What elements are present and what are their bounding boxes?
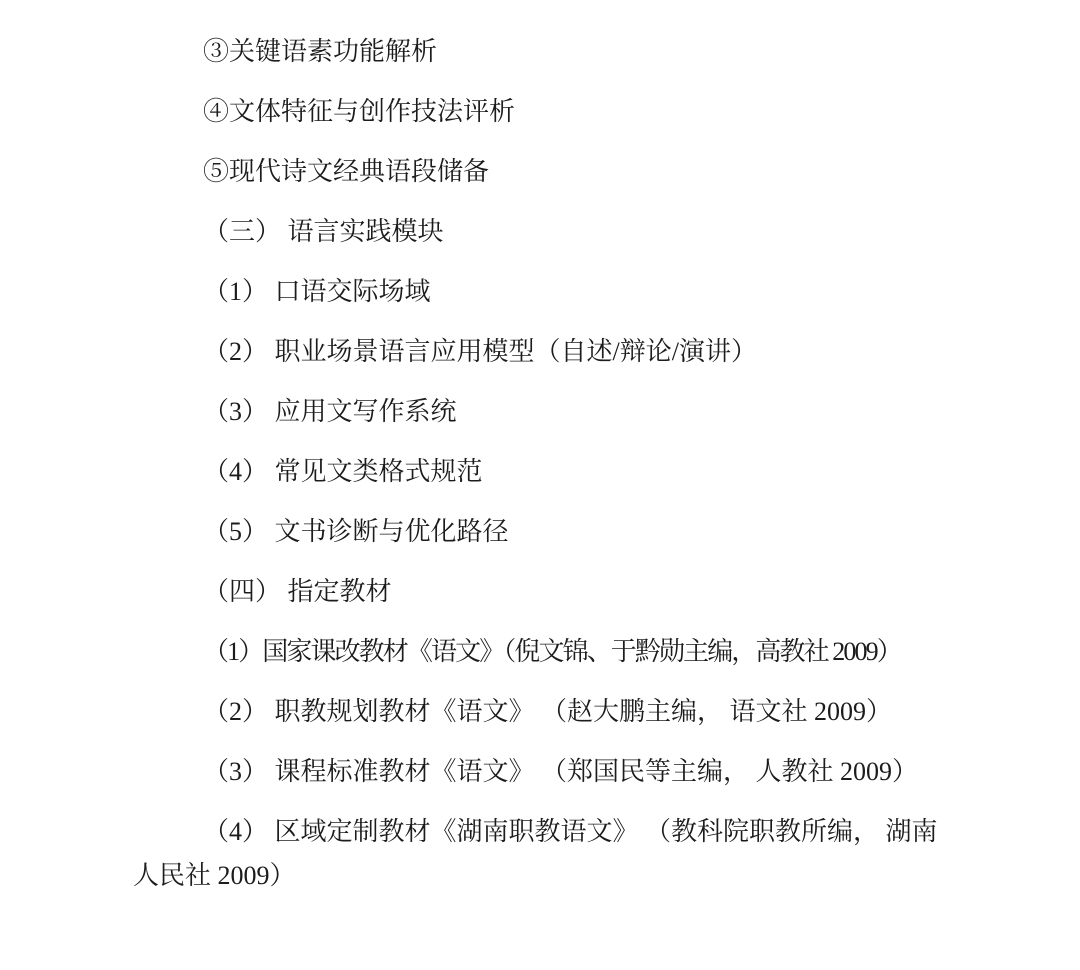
text-line: ③关键语素功能解析 — [133, 30, 1003, 74]
text-line: （2） 职业场景语言应用模型（自述/辩论/演讲） — [133, 330, 1003, 374]
text-line: （4） 区域定制教材《湖南职教语文》 （教科院职教所编， 湖南 — [133, 810, 1003, 854]
text-line: （2） 职教规划教材《语文》 （赵大鹏主编， 语文社 2009） — [133, 690, 1003, 734]
document-page: ③关键语素功能解析④文体特征与创作技法评析⑤现代诗文经典语段储备（三） 语言实践… — [0, 0, 1080, 970]
text-line: （1）国家课改教材《语文》（倪文锦、于黔勋主编，高教社 2009） — [133, 630, 1003, 674]
document-content: ③关键语素功能解析④文体特征与创作技法评析⑤现代诗文经典语段储备（三） 语言实践… — [133, 30, 1003, 914]
text-line: （三） 语言实践模块 — [133, 210, 1003, 254]
text-line: （5） 文书诊断与优化路径 — [133, 510, 1003, 554]
text-line: ④文体特征与创作技法评析 — [133, 90, 1003, 134]
text-line: （1） 口语交际场域 — [133, 270, 1003, 314]
text-line: （4） 常见文类格式规范 — [133, 450, 1003, 494]
text-line: （3） 应用文写作系统 — [133, 390, 1003, 434]
text-line: ⑤现代诗文经典语段储备 — [133, 150, 1003, 194]
text-line: 人民社 2009） — [133, 854, 1003, 898]
text-line: （四） 指定教材 — [133, 570, 1003, 614]
text-line: （3） 课程标准教材《语文》 （郑国民等主编， 人教社 2009） — [133, 750, 1003, 794]
